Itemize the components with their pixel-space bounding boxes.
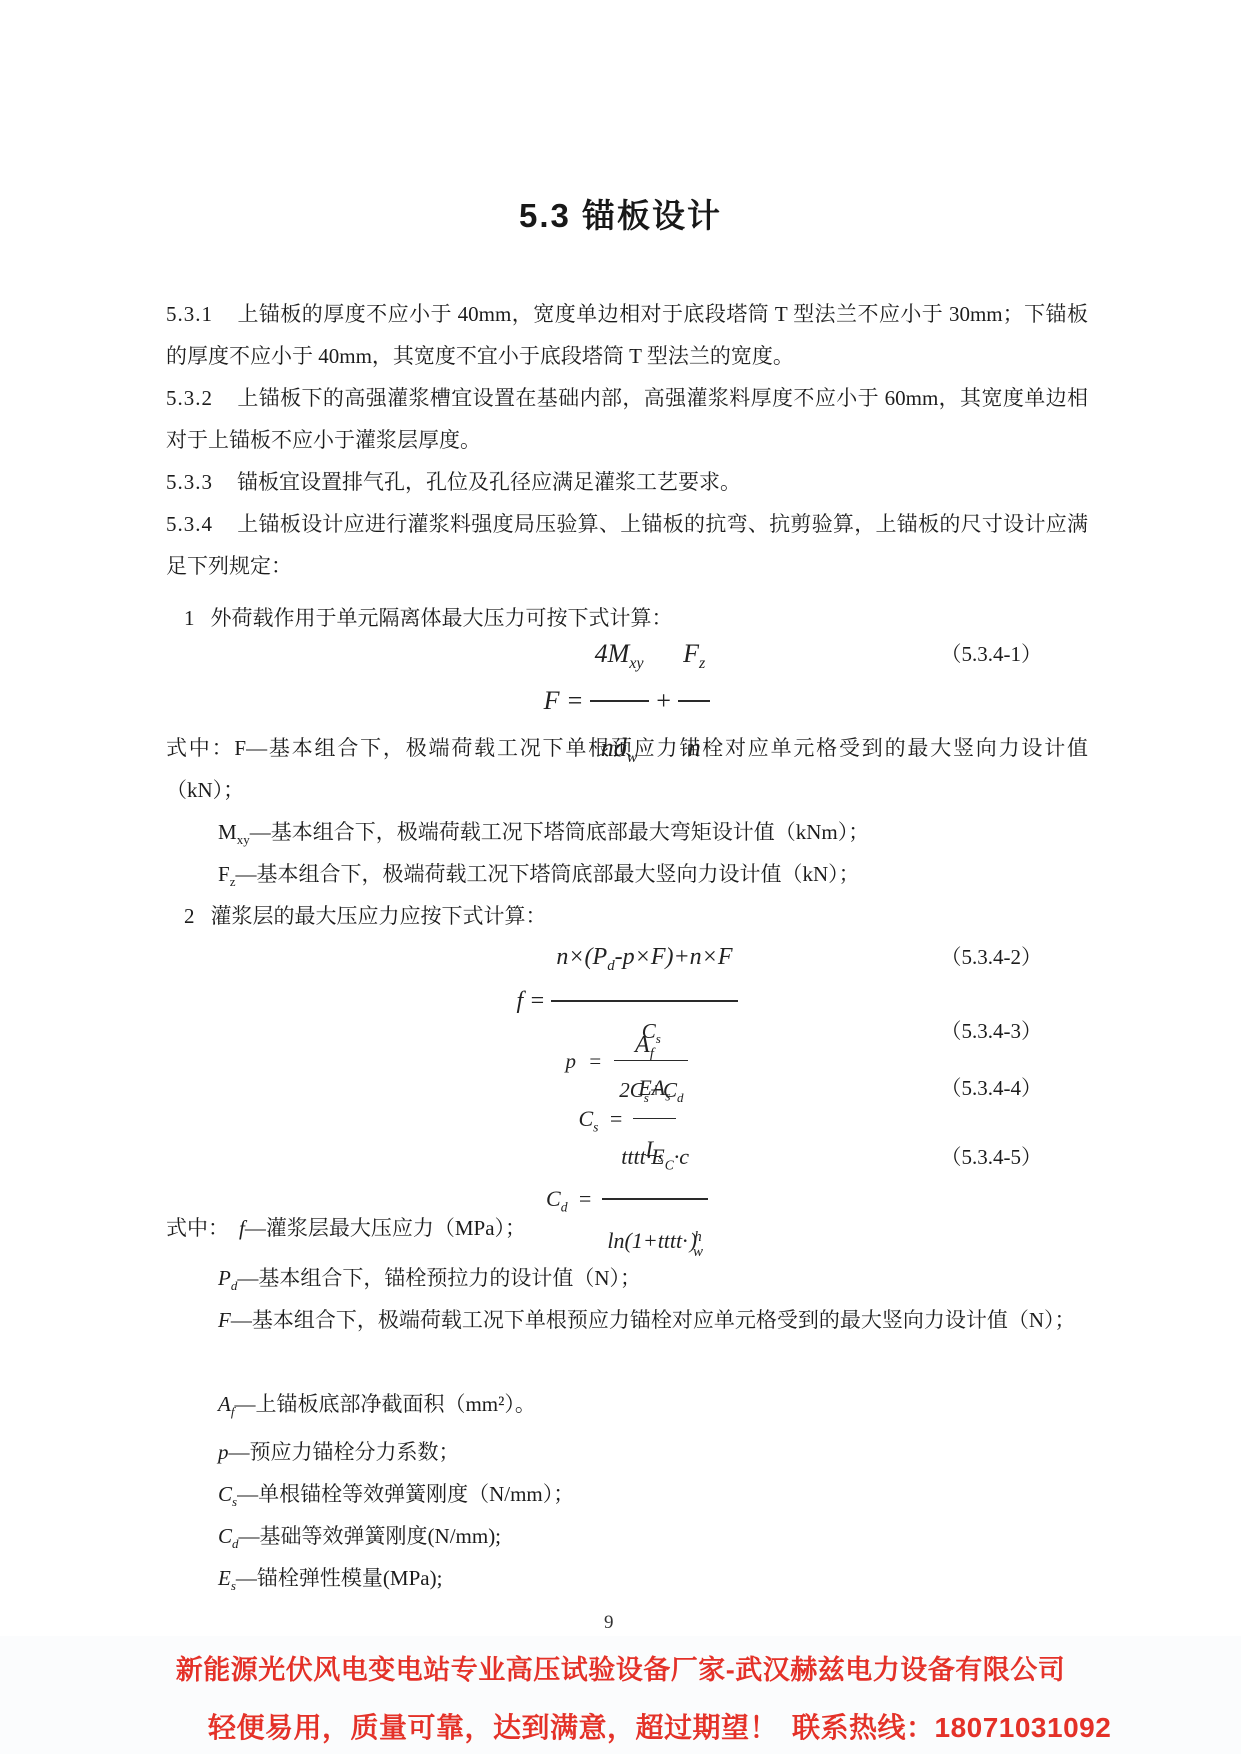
banner-hotline: 联系热线：18071031092 bbox=[792, 1706, 1111, 1746]
subscript: C bbox=[665, 1157, 674, 1172]
definition-text: —基础等效弹簧刚度(N/mm); bbox=[239, 1524, 502, 1548]
subscript: s bbox=[656, 1031, 661, 1046]
term: )+ bbox=[665, 944, 689, 970]
clause-number: 5.3.4 bbox=[166, 512, 213, 536]
equation-label: （5.3.4-4） bbox=[941, 1058, 1043, 1118]
equation-5-3-4-4: Cs = EAs Ls （5.3.4-4） bbox=[166, 1058, 1088, 1118]
symbol-Fz: F bbox=[218, 862, 230, 886]
symbol-F: F bbox=[234, 736, 246, 760]
definition-intro-f: 式中：f—灌浆层最大压应力（MPa）； bbox=[166, 1207, 1088, 1249]
term: F bbox=[651, 944, 666, 970]
term: EA bbox=[638, 1075, 665, 1100]
clause-5-3-1: 5.3.1上锚板的厚度不应小于 40mm，宽度单边相对于底段塔筒 T 型法兰不应… bbox=[166, 293, 1088, 377]
definition-text: —灌浆层最大压应力（MPa）； bbox=[245, 1216, 526, 1240]
term: tttt·E bbox=[621, 1144, 664, 1169]
numerator: 4Mxy bbox=[590, 608, 649, 700]
term: F bbox=[718, 944, 733, 970]
equation-label: （5.3.4-5） bbox=[941, 1116, 1043, 1198]
clause-text: 锚板宜设置排气孔，孔位及孔径应满足灌浆工艺要求。 bbox=[237, 470, 741, 494]
equation-label: （5.3.4-2） bbox=[941, 914, 1043, 1000]
equation-5-3-4-1: F = 4Mxy ndw + Fz n （5.3.4-1） bbox=[166, 608, 1088, 700]
clause-5-3-3: 5.3.3锚板宜设置排气孔，孔位及孔径应满足灌浆工艺要求。 bbox=[166, 461, 1088, 503]
symbol-F: F bbox=[218, 1308, 231, 1332]
equation-label: （5.3.4-1） bbox=[941, 608, 1043, 700]
term: n× bbox=[690, 944, 718, 970]
clause-number: 5.3.3 bbox=[166, 470, 213, 494]
numerator: tttt·EC·c bbox=[602, 1116, 708, 1198]
definition-Fz: Fz—基本组合下，极端荷载工况下塔筒底部最大竖向力设计值（kN）； bbox=[166, 853, 1140, 895]
page-number: 9 bbox=[604, 1612, 614, 1629]
definition-F2: F—基本组合下，极端荷载工况下单根预应力锚栓对应单元格受到的最大竖向力设计值（N… bbox=[166, 1299, 1088, 1341]
numerator: n×(Pd-p×F)+n×F bbox=[551, 914, 737, 1000]
definition-text: —基本组合下，极端荷载工况下塔筒底部最大弯矩设计值（kNm）； bbox=[250, 820, 870, 844]
equation-5-3-4-2: f = n×(Pd-p×F)+n×F Af （5.3.4-2） bbox=[166, 914, 1088, 1000]
definition-intro-F: 式中：F—基本组合下，极端荷载工况下单根预应力锚栓对应单元格受到的最大竖向力设计… bbox=[166, 727, 1088, 811]
term: C bbox=[642, 1019, 656, 1043]
equation-label: （5.3.4-3） bbox=[941, 1002, 1043, 1060]
term: n×(P bbox=[556, 944, 607, 970]
symbol-Pd: P bbox=[218, 1266, 231, 1290]
clause-number: 5.3.2 bbox=[166, 386, 213, 410]
definition-text: —单根锚栓等效弹簧刚度（N/mm）； bbox=[237, 1482, 574, 1506]
subscript: xy bbox=[237, 832, 250, 847]
where-prefix: 式中： bbox=[166, 1216, 229, 1240]
footer-banner: 新能源光伏风电变电站专业高压试验设备厂家-武汉赫兹电力设备有限公司 轻便易用，质… bbox=[0, 1636, 1241, 1754]
where-prefix: 式中： bbox=[166, 736, 234, 760]
definition-Pd: Pd—基本组合下，锚栓预拉力的设计值（N）； bbox=[166, 1257, 1140, 1299]
subscript: xy bbox=[629, 655, 643, 672]
numerator: EAs bbox=[633, 1058, 675, 1118]
symbol-Cs: C bbox=[218, 1482, 232, 1506]
definition-Cs: Cs—单根锚栓等效弹簧刚度（N/mm）； bbox=[166, 1473, 1140, 1515]
banner-company-line: 新能源光伏风电变电站专业高压试验设备厂家-武汉赫兹电力设备有限公司 bbox=[0, 1648, 1241, 1687]
symbol-p: p bbox=[218, 1440, 229, 1464]
definition-text: —上锚板底部净截面积（mm²）。 bbox=[234, 1392, 535, 1416]
clause-5-3-4: 5.3.4上锚板设计应进行灌浆料强度局压验算、上锚板的抗弯、抗剪验算，上锚板的尺… bbox=[166, 503, 1088, 587]
document-page: 5.3 锚板设计 5.3.1上锚板的厚度不应小于 40mm，宽度单边相对于底段塔… bbox=[0, 0, 1241, 1754]
definition-text: —基本组合下，极端荷载工况下单根预应力锚栓对应单元格受到的最大竖向力设计值（N）… bbox=[231, 1308, 1076, 1332]
term: 4M bbox=[595, 639, 630, 668]
symbol-Es: E bbox=[218, 1566, 231, 1590]
subscript: d bbox=[607, 958, 614, 974]
clause-text: 上锚板的厚度不应小于 40mm，宽度单边相对于底段塔筒 T 型法兰不应小于 30… bbox=[166, 302, 1088, 368]
equation-5-3-4-5: Cd = tttt·EC·c ln(1+tttt·)hw （5.3.4-5） bbox=[166, 1116, 1088, 1198]
definition-text: —锚栓弹性模量(MPa); bbox=[236, 1566, 443, 1590]
clause-text: 上锚板设计应进行灌浆料强度局压验算、上锚板的抗弯、抗剪验算，上锚板的尺寸设计应满… bbox=[166, 512, 1088, 578]
page-title: 5.3 锚板设计 bbox=[0, 190, 1241, 237]
definition-text: —基本组合下，极端荷载工况下单根预应力锚栓对应单元格受到的最大竖向力设计值（kN… bbox=[166, 736, 1088, 802]
definition-Af: Af—上锚板底部净截面积（mm²）。 bbox=[166, 1383, 1140, 1425]
clause-5-3-2: 5.3.2上锚板下的高强灌浆槽宜设置在基础内部，高强灌浆料厚度不应小于 60mm… bbox=[166, 377, 1088, 461]
definition-Cd: Cd—基础等效弹簧刚度(N/mm); bbox=[166, 1515, 1140, 1557]
numerator: Fz bbox=[678, 608, 710, 700]
definition-text: —基本组合下，锚栓预拉力的设计值（N）； bbox=[237, 1266, 641, 1290]
term: ·c bbox=[674, 1144, 689, 1169]
clause-text: 上锚板下的高强灌浆槽宜设置在基础内部，高强灌浆料厚度不应小于 60mm，其宽度单… bbox=[166, 386, 1088, 452]
term: -p× bbox=[615, 944, 651, 970]
equation-5-3-4-3: p = Cs 2Cs+Cd （5.3.4-3） bbox=[166, 1002, 1088, 1060]
symbol-Mxy: M bbox=[218, 820, 237, 844]
definition-Mxy: Mxy—基本组合下，极端荷载工况下塔筒底部最大弯矩设计值（kNm）； bbox=[166, 811, 1140, 853]
clause-number: 5.3.1 bbox=[166, 302, 213, 326]
definition-text: —基本组合下，极端荷载工况下塔筒底部最大竖向力设计值（kN）； bbox=[235, 862, 859, 886]
banner-slogan: 轻便易用，质量可靠，达到满意，超过期望！ bbox=[208, 1706, 778, 1746]
definition-Es: Es—锚栓弹性模量(MPa); bbox=[166, 1557, 1140, 1599]
definition-text: —预应力锚栓分力系数； bbox=[229, 1440, 460, 1464]
symbol-Cd: C bbox=[218, 1524, 232, 1548]
symbol-Af: A bbox=[218, 1392, 231, 1416]
term: F bbox=[683, 639, 699, 668]
definition-p: p—预应力锚栓分力系数； bbox=[166, 1431, 1140, 1473]
subscript: z bbox=[699, 655, 705, 672]
subscript: s bbox=[665, 1088, 670, 1103]
numerator: Cs bbox=[614, 1002, 688, 1060]
